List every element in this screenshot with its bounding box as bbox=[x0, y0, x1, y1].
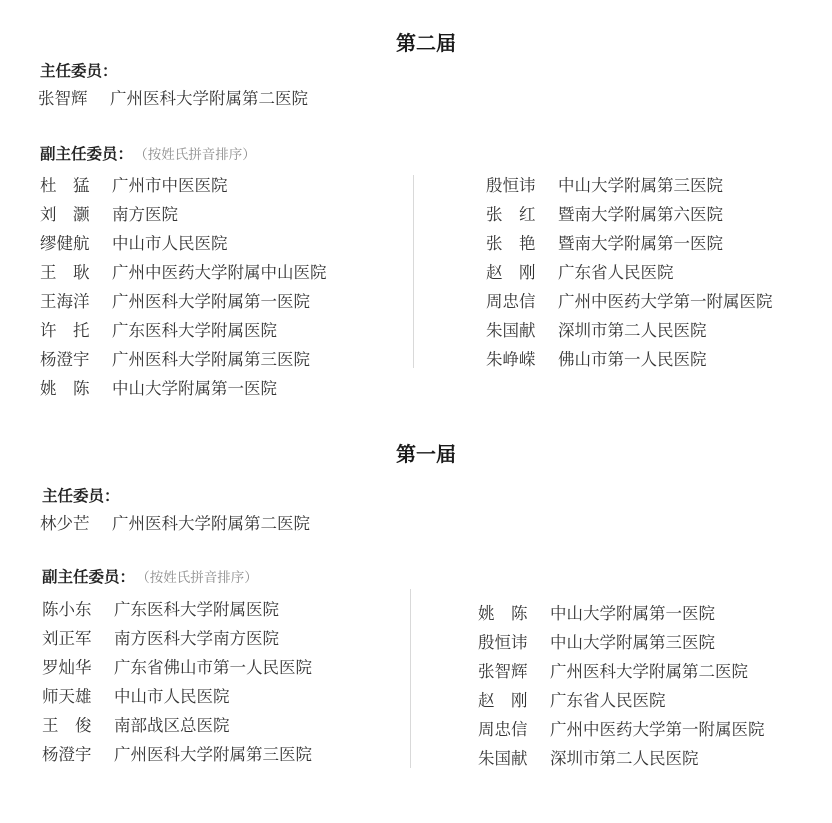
member-name: 赵 刚 bbox=[486, 262, 558, 291]
list-item: 缪健航中山市人民医院 bbox=[40, 233, 327, 262]
member-hospital: 佛山市第一人民医院 bbox=[558, 349, 707, 378]
list-item: 朱峥嵘佛山市第一人民医院 bbox=[486, 349, 773, 378]
list-item: 师天雄中山市人民医院 bbox=[42, 686, 312, 715]
member-name: 许 托 bbox=[40, 320, 112, 349]
list-item: 罗灿华广东省佛山市第一人民医院 bbox=[42, 657, 312, 686]
member-hospital: 中山市人民医院 bbox=[114, 686, 230, 715]
member-hospital: 广州医科大学附属第三医院 bbox=[114, 744, 312, 773]
member-hospital: 南部战区总医院 bbox=[114, 715, 230, 744]
member-name: 王海洋 bbox=[40, 291, 112, 320]
list-item: 赵 刚广东省人民医院 bbox=[486, 262, 773, 291]
list-item: 王 耿广州中医药大学附属中山医院 bbox=[40, 262, 327, 291]
member-name: 朱国献 bbox=[478, 748, 550, 777]
member-name: 赵 刚 bbox=[478, 690, 550, 719]
member-name: 殷恒讳 bbox=[478, 632, 550, 661]
term-title: 第一届 bbox=[0, 442, 832, 466]
list-item: 杜 猛广州市中医医院 bbox=[40, 175, 327, 204]
member-hospital: 广州市中医医院 bbox=[112, 175, 228, 204]
member-hospital: 广东医科大学附属医院 bbox=[112, 320, 277, 349]
member-hospital: 中山大学附属第一医院 bbox=[550, 603, 715, 632]
vice-chair-list-right: 殷恒讳中山大学附属第三医院 张 红暨南大学附属第六医院 张 艳暨南大学附属第一医… bbox=[486, 175, 773, 378]
sort-note: （按姓氏拼音排序） bbox=[141, 147, 256, 163]
member-hospital: 中山市人民医院 bbox=[112, 233, 228, 262]
member-name: 周忠信 bbox=[486, 291, 558, 320]
list-item: 张 艳暨南大学附属第一医院 bbox=[486, 233, 773, 262]
member-name: 师天雄 bbox=[42, 686, 114, 715]
member-hospital: 深圳市第二人民医院 bbox=[558, 320, 707, 349]
vice-chair-heading-label: 副主任委员： bbox=[42, 568, 135, 586]
member-name: 朱国献 bbox=[486, 320, 558, 349]
list-item: 姚 陈中山大学附属第一医院 bbox=[478, 603, 765, 632]
member-name: 朱峥嵘 bbox=[486, 349, 558, 378]
list-item: 殷恒讳中山大学附属第三医院 bbox=[486, 175, 773, 204]
list-item: 周忠信广州中医药大学第一附属医院 bbox=[486, 291, 773, 320]
member-hospital: 广州中医药大学第一附属医院 bbox=[550, 719, 765, 748]
member-name: 周忠信 bbox=[478, 719, 550, 748]
list-item: 刘正军南方医科大学南方医院 bbox=[42, 628, 312, 657]
list-item: 张智辉广州医科大学附属第二医院 bbox=[478, 661, 765, 690]
term-title: 第二届 bbox=[0, 31, 832, 55]
list-item: 殷恒讳中山大学附属第三医院 bbox=[478, 632, 765, 661]
member-name: 陈小东 bbox=[42, 599, 114, 628]
member-hospital: 南方医科大学南方医院 bbox=[114, 628, 279, 657]
member-name: 刘正军 bbox=[42, 628, 114, 657]
member-hospital: 中山大学附属第三医院 bbox=[550, 632, 715, 661]
vice-chair-list-left: 杜 猛广州市中医医院 刘 灏南方医院 缪健航中山市人民医院 王 耿广州中医药大学… bbox=[40, 175, 327, 407]
list-item: 许 托广东医科大学附属医院 bbox=[40, 320, 327, 349]
chair-entry: 林少芒广州医科大学附属第二医院 bbox=[40, 513, 310, 535]
list-item: 赵 刚广东省人民医院 bbox=[478, 690, 765, 719]
member-name: 罗灿华 bbox=[42, 657, 114, 686]
member-hospital: 广东省佛山市第一人民医院 bbox=[114, 657, 312, 686]
member-name: 殷恒讳 bbox=[486, 175, 558, 204]
member-name: 王 耿 bbox=[40, 262, 112, 291]
member-hospital: 广州中医药大学第一附属医院 bbox=[558, 291, 773, 320]
member-name: 姚 陈 bbox=[40, 378, 112, 407]
member-name: 王 俊 bbox=[42, 715, 114, 744]
member-hospital: 南方医院 bbox=[112, 204, 178, 233]
member-hospital: 暨南大学附属第六医院 bbox=[558, 204, 723, 233]
member-name: 张 红 bbox=[486, 204, 558, 233]
member-hospital: 中山大学附属第一医院 bbox=[112, 378, 277, 407]
sort-note: （按姓氏拼音排序） bbox=[143, 570, 258, 586]
vice-chair-heading: 副主任委员：（按姓氏拼音排序） bbox=[42, 567, 258, 588]
chair-heading: 主任委员： bbox=[40, 61, 118, 81]
list-item: 刘 灏南方医院 bbox=[40, 204, 327, 233]
chair-entry: 张智辉广州医科大学附属第二医院 bbox=[38, 88, 308, 110]
vice-chair-heading-label: 副主任委员： bbox=[40, 145, 133, 163]
member-name: 姚 陈 bbox=[478, 603, 550, 632]
member-hospital: 广州医科大学附属第一医院 bbox=[112, 291, 310, 320]
list-item: 王海洋广州医科大学附属第一医院 bbox=[40, 291, 327, 320]
member-hospital: 中山大学附属第三医院 bbox=[558, 175, 723, 204]
member-hospital: 深圳市第二人民医院 bbox=[550, 748, 699, 777]
member-hospital: 广州医科大学附属第三医院 bbox=[112, 349, 310, 378]
vice-chair-list-right: 姚 陈中山大学附属第一医院 殷恒讳中山大学附属第三医院 张智辉广州医科大学附属第… bbox=[478, 603, 765, 777]
member-name: 杨澄宇 bbox=[40, 349, 112, 378]
member-name: 张 艳 bbox=[486, 233, 558, 262]
vice-chair-heading: 副主任委员：（按姓氏拼音排序） bbox=[40, 144, 256, 165]
member-hospital: 广州中医药大学附属中山医院 bbox=[112, 262, 327, 291]
member-name: 杜 猛 bbox=[40, 175, 112, 204]
list-item: 陈小东广东医科大学附属医院 bbox=[42, 599, 312, 628]
list-item: 杨澄宇广州医科大学附属第三医院 bbox=[40, 349, 327, 378]
chair-hospital: 广州医科大学附属第二医院 bbox=[112, 514, 310, 533]
member-name: 缪健航 bbox=[40, 233, 112, 262]
chair-heading: 主任委员： bbox=[42, 486, 120, 506]
member-hospital: 暨南大学附属第一医院 bbox=[558, 233, 723, 262]
chair-name: 林少芒 bbox=[40, 513, 112, 535]
chair-hospital: 广州医科大学附属第二医院 bbox=[110, 89, 308, 108]
list-item: 周忠信广州中医药大学第一附属医院 bbox=[478, 719, 765, 748]
member-name: 张智辉 bbox=[478, 661, 550, 690]
list-item: 朱国献深圳市第二人民医院 bbox=[478, 748, 765, 777]
column-divider bbox=[410, 589, 411, 768]
vice-chair-list-left: 陈小东广东医科大学附属医院 刘正军南方医科大学南方医院 罗灿华广东省佛山市第一人… bbox=[42, 599, 312, 773]
member-name: 刘 灏 bbox=[40, 204, 112, 233]
member-hospital: 广东省人民医院 bbox=[558, 262, 674, 291]
list-item: 姚 陈中山大学附属第一医院 bbox=[40, 378, 327, 407]
member-name: 杨澄宇 bbox=[42, 744, 114, 773]
list-item: 张 红暨南大学附属第六医院 bbox=[486, 204, 773, 233]
member-hospital: 广东医科大学附属医院 bbox=[114, 599, 279, 628]
member-hospital: 广东省人民医院 bbox=[550, 690, 666, 719]
column-divider bbox=[413, 175, 414, 368]
chair-name: 张智辉 bbox=[38, 88, 110, 110]
list-item: 朱国献深圳市第二人民医院 bbox=[486, 320, 773, 349]
list-item: 杨澄宇广州医科大学附属第三医院 bbox=[42, 744, 312, 773]
list-item: 王 俊南部战区总医院 bbox=[42, 715, 312, 744]
member-hospital: 广州医科大学附属第二医院 bbox=[550, 661, 748, 690]
